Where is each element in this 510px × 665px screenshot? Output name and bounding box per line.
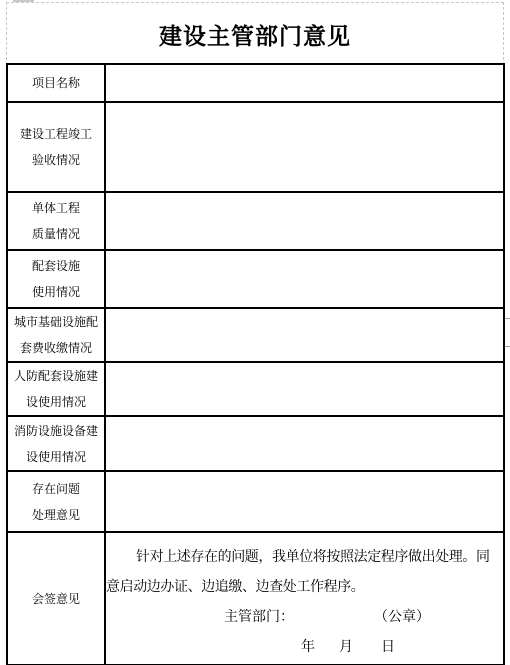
label-line: 人防配套设施建 bbox=[8, 363, 104, 389]
label-line: 城市基础设施配 bbox=[8, 309, 104, 335]
year-label: 年 bbox=[301, 632, 315, 662]
dept-label: 主管部门： bbox=[224, 602, 294, 632]
infrastructure-fee-field[interactable] bbox=[105, 308, 504, 362]
unit-quality-field[interactable] bbox=[105, 192, 504, 250]
civil-defense-field[interactable] bbox=[105, 362, 504, 416]
row-label: 配套设施 使用情况 bbox=[7, 250, 105, 308]
countersign-opinion-cell[interactable]: 针对上述存在的问题，我单位将按照法定程序做出处理。同意启动边办证、边追缴、边查处… bbox=[105, 532, 504, 665]
seal-label: （公章） bbox=[374, 602, 430, 632]
day-label: 日 bbox=[381, 632, 395, 662]
title-area: 建设主管部门意见 bbox=[6, 2, 504, 65]
row-label: 建设工程竣工 验收情况 bbox=[7, 102, 105, 192]
completion-acceptance-field[interactable] bbox=[105, 102, 504, 192]
label-line: 质量情况 bbox=[8, 221, 104, 247]
date-line: 年 月 日 bbox=[106, 632, 503, 662]
label-line: 建设工程竣工 bbox=[8, 121, 104, 147]
page-title: 建设主管部门意见 bbox=[7, 18, 503, 51]
table-row: 单体工程 质量情况 bbox=[7, 192, 504, 250]
signature-line: 主管部门： （公章） bbox=[106, 602, 503, 632]
label-line: 套费收缴情况 bbox=[8, 335, 104, 361]
label-line: 单体工程 bbox=[8, 195, 104, 221]
table-row: 配套设施 使用情况 bbox=[7, 250, 504, 308]
label-line: 存在问题 bbox=[8, 476, 104, 502]
label-line: 消防设施设备建 bbox=[8, 418, 104, 444]
label-line: 配套设施 bbox=[8, 253, 104, 279]
label-line: 设使用情况 bbox=[8, 444, 104, 470]
month-label: 月 bbox=[339, 632, 353, 662]
row-label: 存在问题 处理意见 bbox=[7, 471, 105, 532]
fire-protection-field[interactable] bbox=[105, 416, 504, 471]
table-row: 建设工程竣工 验收情况 bbox=[7, 102, 504, 192]
label-line: 项目名称 bbox=[32, 76, 80, 90]
countersign-text: 针对上述存在的问题，我单位将按照法定程序做出处理。同意启动边办证、边追缴、边查处… bbox=[106, 542, 503, 602]
edge-mark bbox=[505, 346, 510, 347]
label-line: 验收情况 bbox=[8, 147, 104, 173]
label-line: 处理意见 bbox=[8, 502, 104, 528]
row-label: 项目名称 bbox=[7, 64, 105, 102]
table-row: 会签意见 针对上述存在的问题，我单位将按照法定程序做出处理。同意启动边办证、边追… bbox=[7, 532, 504, 665]
row-label: 人防配套设施建 设使用情况 bbox=[7, 362, 105, 416]
row-label: 单体工程 质量情况 bbox=[7, 192, 105, 250]
table-row: 人防配套设施建 设使用情况 bbox=[7, 362, 504, 416]
table-row: 项目名称 bbox=[7, 64, 504, 102]
row-label: 城市基础设施配 套费收缴情况 bbox=[7, 308, 105, 362]
label-line: 会签意见 bbox=[32, 592, 80, 606]
table-row: 城市基础设施配 套费收缴情况 bbox=[7, 308, 504, 362]
issue-handling-field[interactable] bbox=[105, 471, 504, 532]
opinion-form-table: 项目名称 建设工程竣工 验收情况 单体工程 质量情况 配套设施 使用情况 城市基… bbox=[6, 63, 505, 665]
supporting-facilities-field[interactable] bbox=[105, 250, 504, 308]
row-label: 消防设施设备建 设使用情况 bbox=[7, 416, 105, 471]
label-line: 使用情况 bbox=[8, 279, 104, 305]
table-row: 存在问题 处理意见 bbox=[7, 471, 504, 532]
project-name-field[interactable] bbox=[105, 64, 504, 102]
table-row: 消防设施设备建 设使用情况 bbox=[7, 416, 504, 471]
label-line: 设使用情况 bbox=[8, 389, 104, 415]
row-label: 会签意见 bbox=[7, 532, 105, 665]
edge-mark bbox=[505, 318, 510, 319]
